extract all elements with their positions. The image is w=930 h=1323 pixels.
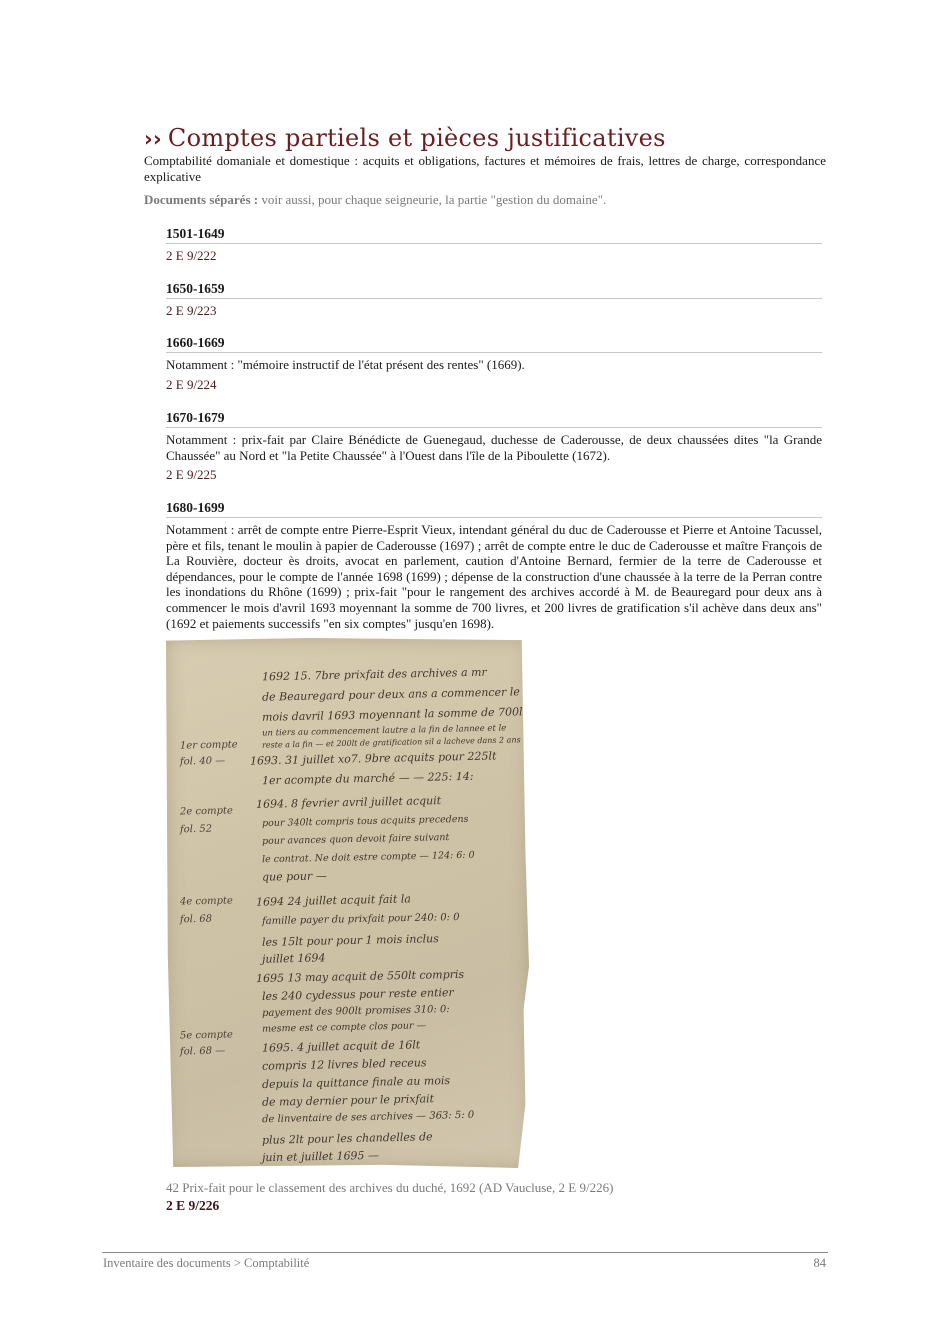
inventory-entry: 1501-1649 2 E 9/222 bbox=[166, 226, 822, 264]
manuscript-line: pour 340lt compris tous acquits preceden… bbox=[262, 814, 469, 829]
entry-description: Notamment : "mémoire instructif de l'éta… bbox=[166, 357, 822, 373]
figure-caption: 42 Prix-fait pour le classement des arch… bbox=[166, 1180, 613, 1196]
manuscript-line: de Beauregard pour deux ans a commencer … bbox=[262, 685, 520, 703]
separate-documents-note: Documents séparés : voir aussi, pour cha… bbox=[144, 192, 826, 208]
section-title: ››Comptes partiels et pièces justificati… bbox=[144, 124, 666, 152]
entry-cote: 2 E 9/225 bbox=[166, 467, 822, 483]
manuscript-line: famille payer du prixfait pour 240: 0: 0 bbox=[262, 912, 460, 927]
manuscript-line: 1695. 4 juillet acquit de 16lt bbox=[262, 1038, 420, 1054]
manuscript-line: de linventaire de ses archives — 363: 5:… bbox=[262, 1110, 474, 1125]
section-title-text: Comptes partiels et pièces justificative… bbox=[168, 124, 666, 152]
entry-cote: 2 E 9/223 bbox=[166, 303, 822, 319]
margin-note: 2e compte bbox=[180, 805, 233, 817]
footer-breadcrumb: Inventaire des documents > Comptabilité bbox=[103, 1256, 309, 1271]
entry-description: Notamment : arrêt de compte entre Pierre… bbox=[166, 522, 822, 631]
entry-date: 1670-1679 bbox=[166, 410, 822, 428]
manuscript-line: les 240 cydessus pour reste entier bbox=[262, 986, 454, 1003]
entry-cote: 2 E 9/222 bbox=[166, 248, 822, 264]
section-intro: Comptabilité domaniale et domestique : a… bbox=[144, 153, 826, 185]
inventory-entry: 1670-1679 Notamment : prix-fait par Clai… bbox=[166, 410, 822, 483]
manuscript-line: plus 2lt pour les chandelles de bbox=[262, 1130, 433, 1147]
manuscript-line: depuis la quittance finale au mois bbox=[262, 1074, 450, 1091]
margin-note: 1er compte bbox=[180, 739, 238, 751]
inventory-entry: 1650-1659 2 E 9/223 bbox=[166, 281, 822, 319]
manuscript-line: 1692 15. 7bre prixfait des archives a mr bbox=[262, 666, 487, 684]
inventory-entry: 1680-1699 Notamment : arrêt de compte en… bbox=[166, 500, 822, 631]
manuscript-line: 1695 13 may acquit de 550lt compris bbox=[256, 968, 464, 985]
manuscript-line: juillet 1694 bbox=[262, 951, 326, 965]
manuscript-line: payement des 900lt promises 310: 0: bbox=[262, 1004, 450, 1019]
margin-note: 4e compte bbox=[180, 895, 233, 907]
manuscript-line: compris 12 livres bled receus bbox=[262, 1056, 427, 1072]
manuscript-line: 1er acompte du marché — — 225: 14: bbox=[262, 770, 474, 787]
entry-date: 1501-1649 bbox=[166, 226, 822, 244]
manuscript-line: les 15lt pour pour 1 mois inclus bbox=[262, 932, 439, 949]
manuscript-line: que pour — bbox=[262, 869, 327, 883]
entry-date: 1680-1699 bbox=[166, 500, 822, 518]
footer-divider bbox=[102, 1252, 828, 1253]
manuscript-line: de may dernier pour le prixfait bbox=[262, 1092, 434, 1109]
manuscript-line: juin et juillet 1695 — bbox=[262, 1149, 379, 1164]
page-number: 84 bbox=[790, 1256, 826, 1271]
margin-note: fol. 40 — bbox=[180, 756, 225, 768]
entry-date: 1650-1659 bbox=[166, 281, 822, 299]
manuscript-line: 1694. 8 fevrier avril juillet acquit bbox=[256, 794, 441, 811]
manuscript-line: 1694 24 juillet acquit fait la bbox=[256, 892, 411, 908]
manuscript-line: mesme est ce compte clos pour — bbox=[262, 1020, 426, 1034]
document-page: ››Comptes partiels et pièces justificati… bbox=[0, 0, 930, 1323]
manuscript-line: 1693. 31 juillet xo7. 9bre acquits pour … bbox=[250, 749, 497, 767]
entry-date: 1660-1669 bbox=[166, 335, 822, 353]
manuscript-line: pour avances quon devoit faire suivant bbox=[262, 832, 449, 847]
manuscript-line: le contrat. Ne doit estre compte — 124: … bbox=[262, 850, 475, 865]
figure-cote: 2 E 9/226 bbox=[166, 1198, 219, 1214]
margin-note: fol. 68 — bbox=[180, 1046, 225, 1058]
entry-description: Notamment : prix-fait par Claire Bénédic… bbox=[166, 432, 822, 463]
manuscript-line: mois davril 1693 moyennant la somme de 7… bbox=[262, 705, 527, 724]
margin-note: fol. 68 bbox=[180, 914, 212, 926]
note-label: Documents séparés : bbox=[144, 192, 258, 207]
margin-note: 5e compte bbox=[180, 1029, 233, 1041]
inventory-entry: 1660-1669 Notamment : "mémoire instructi… bbox=[166, 335, 822, 393]
margin-note: fol. 52 bbox=[180, 824, 212, 836]
manuscript-image: 1er compte fol. 40 — 2e compte fol. 52 4… bbox=[166, 638, 529, 1168]
entry-cote: 2 E 9/224 bbox=[166, 377, 822, 393]
note-text: voir aussi, pour chaque seigneurie, la p… bbox=[258, 192, 606, 207]
double-chevron-icon: ›› bbox=[144, 127, 162, 151]
